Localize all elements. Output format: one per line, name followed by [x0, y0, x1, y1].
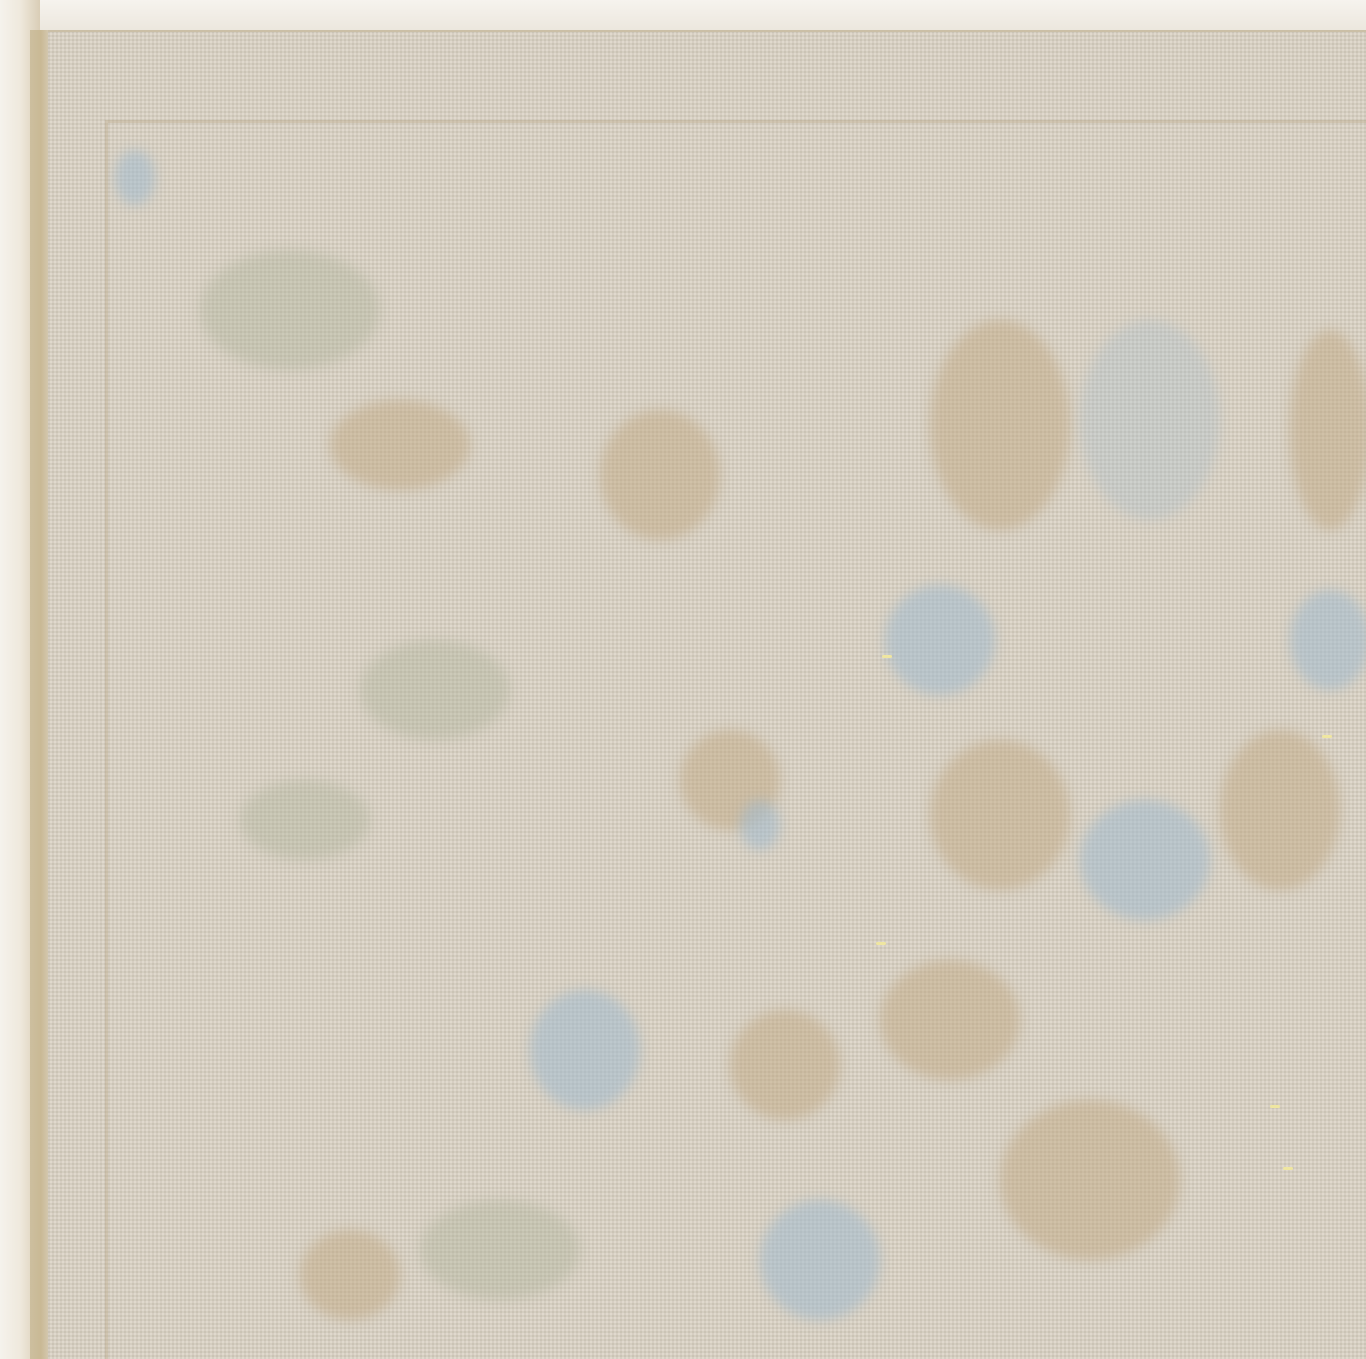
tan-motif: [600, 410, 720, 540]
stray-thread: [1283, 1167, 1293, 1170]
blue-flower-motif: [530, 990, 640, 1110]
rug-photo: [0, 0, 1366, 1359]
tan-motif: [1290, 330, 1366, 530]
tan-motif: [880, 960, 1020, 1080]
palmette-motif: [930, 320, 1070, 530]
rug-selvedge: [30, 30, 48, 1359]
leaf-motif: [200, 250, 380, 370]
blue-motif: [115, 150, 155, 205]
sage-motif: [240, 780, 370, 860]
tan-motif: [1220, 730, 1340, 890]
stray-thread: [876, 942, 886, 945]
tan-motif: [930, 740, 1070, 890]
sage-motif: [360, 640, 510, 740]
tan-motif: [300, 1230, 400, 1320]
blue-flower-motif: [1080, 800, 1210, 920]
tan-motif: [730, 1010, 840, 1120]
blue-motif: [740, 800, 780, 850]
sage-motif: [420, 1200, 580, 1300]
stray-thread: [882, 655, 892, 658]
tan-motif: [1000, 1100, 1180, 1260]
tan-motif: [330, 400, 470, 490]
blue-flower-motif: [885, 585, 995, 695]
stray-thread: [1322, 735, 1332, 738]
blue-flower-motif: [760, 1200, 880, 1320]
blue-outline-motif: [1080, 320, 1220, 520]
blue-flower-motif: [1290, 590, 1366, 690]
stray-thread: [1270, 1105, 1280, 1108]
